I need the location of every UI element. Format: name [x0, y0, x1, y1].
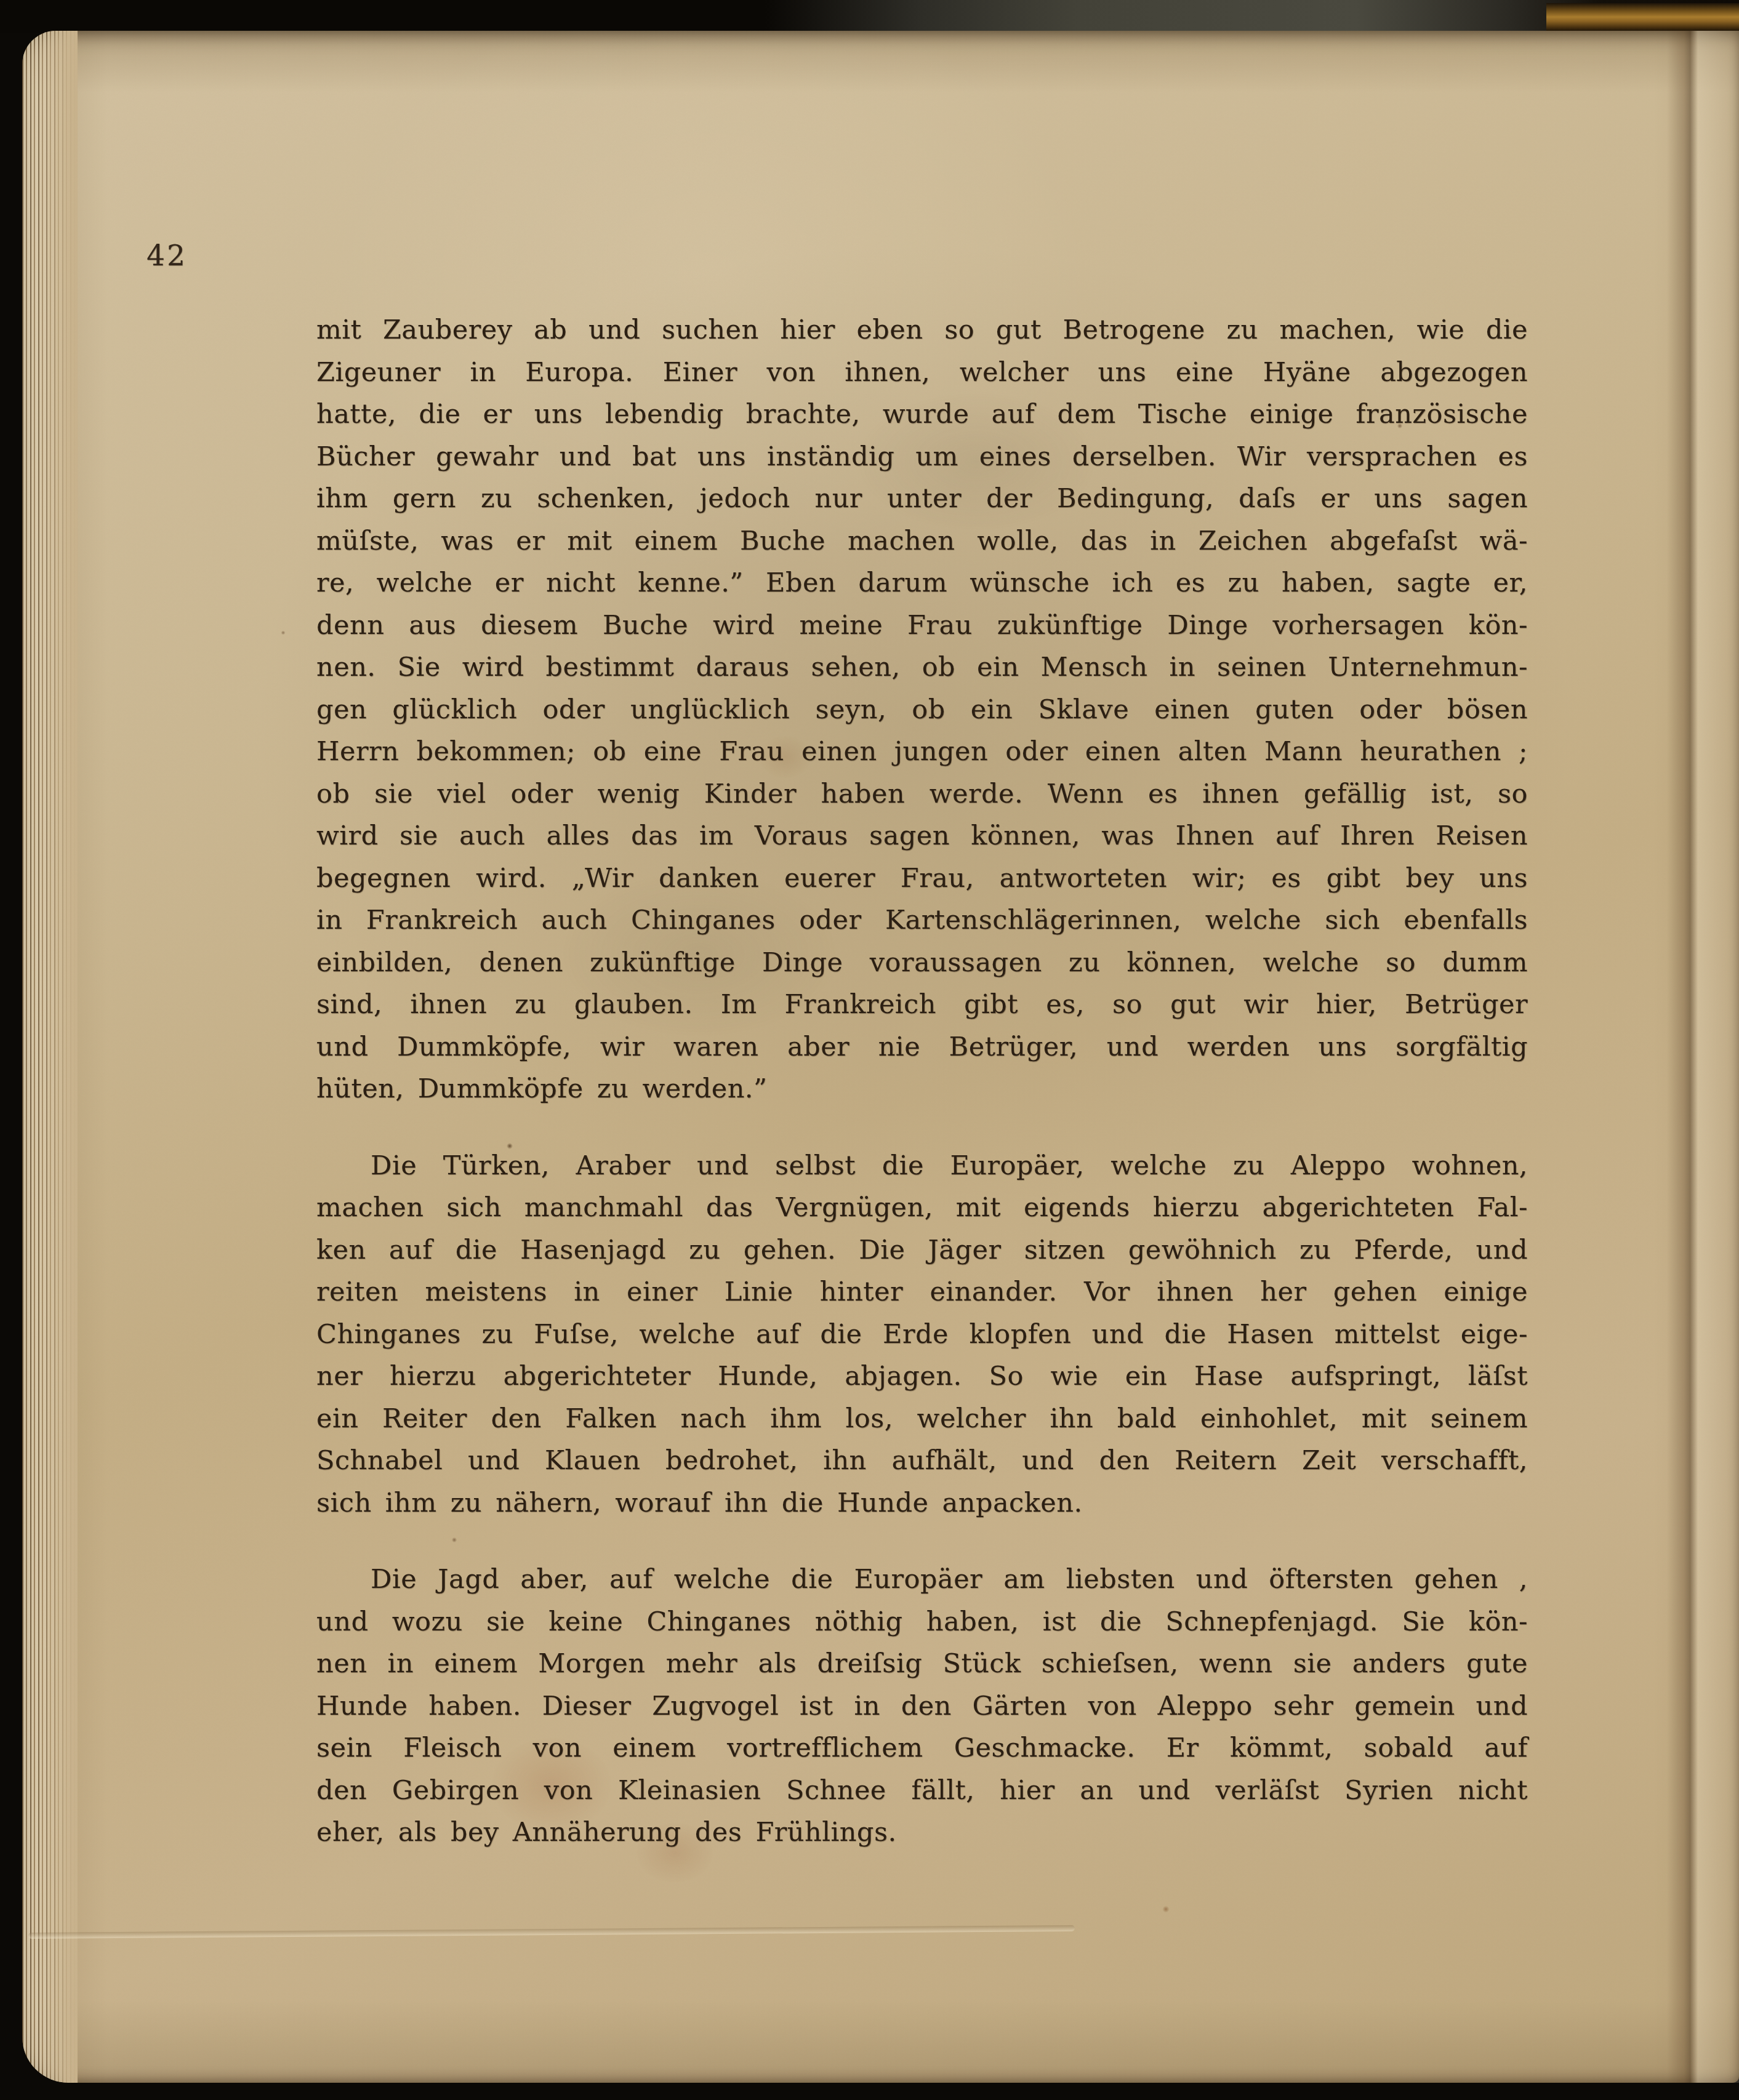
text-line: eher, als bey Annäherung des Frühlings.: [316, 1811, 1528, 1854]
text-line: Schnabel und Klauen bedrohet, ihn aufhäl…: [316, 1440, 1528, 1482]
page-curl-shadow: [1667, 31, 1698, 2083]
text-line: nen in einem Morgen mehr als dreiſsig St…: [316, 1643, 1528, 1685]
page-number: 42: [147, 239, 187, 273]
background-shelf: [0, 0, 1739, 33]
page-stack-edge: [22, 31, 78, 2083]
text-line: ken auf die Hasenjagd zu gehen. Die Jäge…: [316, 1229, 1528, 1272]
text-line: hüten, Dummköpfe zu werden.”: [316, 1068, 1528, 1110]
text-line: den Gebirgen von Kleinasien Schnee fällt…: [316, 1769, 1528, 1812]
paper-crease: [28, 1925, 1075, 1939]
text-line: und Dummköpfe, wir waren aber nie Betrüg…: [316, 1026, 1528, 1068]
text-line: einbilden, denen zukünftige Dinge voraus…: [316, 942, 1528, 984]
text-line: machen sich manchmahl das Vergnügen, mit…: [316, 1187, 1528, 1229]
text-line: Herrn bekommen; ob eine Frau einen junge…: [316, 731, 1528, 773]
text-line: gen glücklich oder unglücklich seyn, ob …: [316, 689, 1528, 731]
text-line: und wozu sie keine Chinganes nöthig habe…: [316, 1601, 1528, 1643]
text-line: re, welche er nicht kenne.” Eben darum w…: [316, 562, 1528, 604]
page: 42 mit Zauberey ab und suchen hier eben …: [22, 31, 1739, 2083]
text-line: Bücher gewahr und bat uns inständig um e…: [316, 436, 1528, 478]
text-line: Hunde haben. Dieser Zugvogel ist in den …: [316, 1685, 1528, 1728]
text-line: müſste, was er mit einem Buche machen wo…: [316, 520, 1528, 563]
text-line: ein Reiter den Falken nach ihm los, welc…: [316, 1398, 1528, 1440]
text-line: nen. Sie wird bestimmt daraus sehen, ob …: [316, 646, 1528, 689]
text-line: Chinganes zu Fuſse, welche auf die Erde …: [316, 1313, 1528, 1356]
text-line: sich ihm zu nähern, worauf ihn die Hunde…: [316, 1482, 1528, 1525]
text-line: wird sie auch alles das im Voraus sagen …: [316, 815, 1528, 857]
page-text: mit Zauberey ab und suchen hier eben so …: [316, 309, 1528, 1854]
text-line: sein Fleisch von einem vortrefflichem Ge…: [316, 1727, 1528, 1769]
book-photo: 42 mit Zauberey ab und suchen hier eben …: [0, 0, 1739, 2100]
paragraph-1: mit Zauberey ab und suchen hier eben so …: [316, 309, 1528, 1110]
text-line: sind, ihnen zu glauben. Im Frankreich gi…: [316, 984, 1528, 1026]
text-line: mit Zauberey ab und suchen hier eben so …: [316, 309, 1528, 351]
paragraph-3: Die Jagd aber, auf welche die Europäer a…: [316, 1558, 1528, 1854]
text-line: begegnen wird. „Wir danken euerer Frau, …: [316, 857, 1528, 900]
paragraph-2: Die Türken, Araber und selbst die Europä…: [316, 1145, 1528, 1525]
text-line: ob sie viel oder wenig Kinder haben werd…: [316, 773, 1528, 816]
gilt-page-edges: [1546, 3, 1739, 32]
text-line: ihm gern zu schenken, jedoch nur unter d…: [316, 478, 1528, 520]
text-line: in Frankreich auch Chinganes oder Karten…: [316, 899, 1528, 942]
text-line: Die Türken, Araber und selbst die Europä…: [316, 1145, 1528, 1187]
text-line: hatte, die er uns lebendig brachte, wurd…: [316, 393, 1528, 436]
text-line: denn aus diesem Buche wird meine Frau zu…: [316, 604, 1528, 647]
text-line: Die Jagd aber, auf welche die Europäer a…: [316, 1558, 1528, 1601]
text-line: ner hierzu abgerichteter Hunde, abjagen.…: [316, 1355, 1528, 1398]
text-line: Zigeuner in Europa. Einer von ihnen, wel…: [316, 351, 1528, 394]
text-line: reiten meistens in einer Linie hinter ei…: [316, 1271, 1528, 1313]
under-page-edge: [1698, 31, 1739, 2083]
